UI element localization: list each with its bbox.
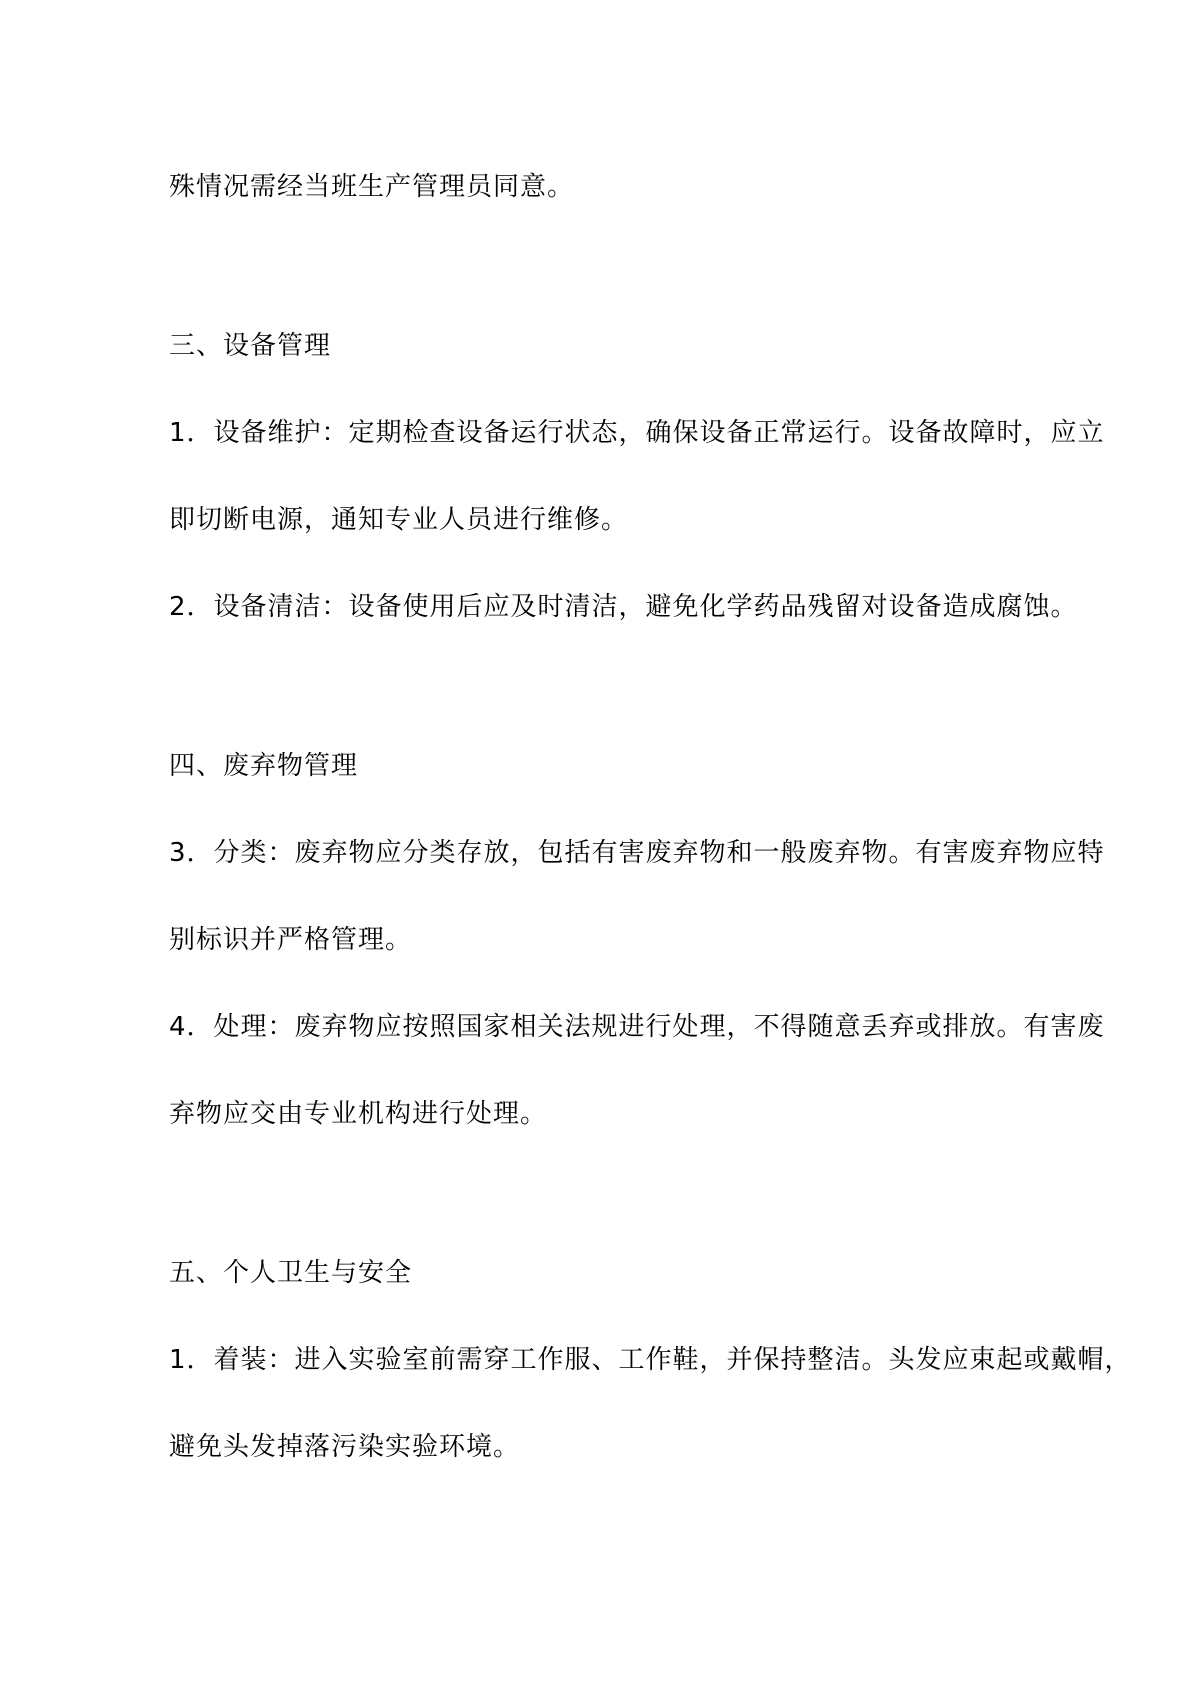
section-heading: 五、个人卫生与安全	[169, 1230, 1040, 1317]
text-line: 4．处理：废弃物应按照国家相关法规进行处理，不得随意丢弃或排放。有害废	[169, 984, 1040, 1071]
text-line: 1．设备维护：定期检查设备运行状态，确保设备正常运行。设备故障时，应立	[169, 390, 1040, 477]
text-line: 弃物应交由专业机构进行处理。	[169, 1071, 1040, 1158]
text-line: 避免头发掉落污染实验环境。	[169, 1404, 1040, 1491]
text-line: 1．着装：进入实验室前需穿工作服、工作鞋，并保持整洁。头发应束起或戴帽，	[169, 1317, 1040, 1404]
document-body: 殊情况需经当班生产管理员同意。三、设备管理1．设备维护：定期检查设备运行状态，确…	[169, 144, 1040, 1491]
text-line: 别标识并严格管理。	[169, 897, 1040, 984]
section-heading: 四、废弃物管理	[169, 723, 1040, 810]
section-heading: 三、设备管理	[169, 303, 1040, 390]
text-line: 2．设备清洁：设备使用后应及时清洁，避免化学药品残留对设备造成腐蚀。	[169, 564, 1040, 651]
text-line: 3．分类：废弃物应分类存放，包括有害废弃物和一般废弃物。有害废弃物应特	[169, 810, 1040, 897]
text-line: 殊情况需经当班生产管理员同意。	[169, 144, 1040, 231]
text-line: 即切断电源，通知专业人员进行维修。	[169, 477, 1040, 564]
page: 殊情况需经当班生产管理员同意。三、设备管理1．设备维护：定期检查设备运行状态，确…	[0, 0, 1190, 1683]
document-page: { "document": { "background_color": "#ff…	[0, 0, 1190, 1683]
